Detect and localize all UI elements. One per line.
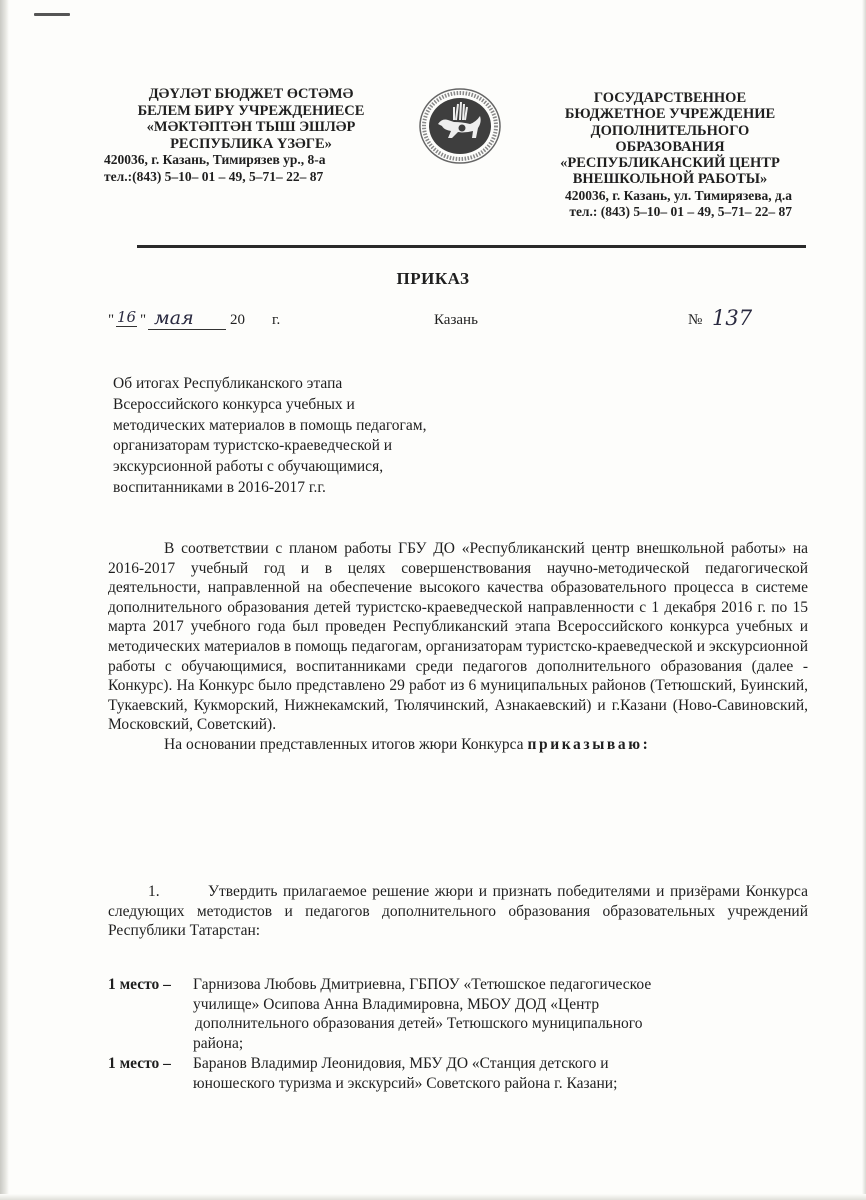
award-place: 1 место – — [108, 1054, 171, 1074]
org-name-tatar-line: «МӘКТӘПТӘН ТЫШ ЭШЛӘР — [104, 119, 394, 136]
order-intro-paragraph: На основании представленных итогов жюри … — [108, 735, 808, 755]
order-number: 137 — [712, 306, 752, 330]
order-subject: Об итогах Республиканского этапа Всеросс… — [113, 374, 533, 499]
header-divider — [137, 245, 806, 248]
body-paragraph: В соответствии с планом работы ГБУ ДО «Р… — [108, 539, 808, 735]
org-name-russian-line: ВНЕШКОЛЬНОЙ РАБОТЫ» — [520, 171, 820, 187]
awards-list: 1 место – Гарнизова Любовь Дмитриевна, Г… — [108, 975, 808, 1095]
org-name-russian-line: ОБРАЗОВАНИЯ — [520, 139, 820, 155]
subject-line: Всероссийского конкурса учебных и — [113, 395, 533, 416]
org-name-tatar-line: РЕСПУБЛИКА ҮЗӘГЕ» — [104, 136, 394, 153]
number-label: № — [688, 312, 702, 329]
letterhead-left: ДӘҮЛӘТ БЮДЖЕТ ӨСТӘМӘ БЕЛЕМ БИРҮ УЧРЕЖДЕН… — [104, 86, 394, 185]
award-entry: 1 место – Гарнизова Любовь Дмитриевна, Г… — [108, 975, 808, 1053]
item-text: Утвердить прилагаемое решение жюри и при… — [108, 883, 808, 939]
award-entry: 1 место – Баранов Владимир Леонидовия, М… — [108, 1054, 808, 1093]
scan-bottom-edge — [0, 1194, 866, 1200]
date-day: 16 — [116, 308, 137, 327]
address-russian: 420036, г. Казань, ул. Тимирязева, д.а — [520, 188, 820, 204]
date-month: мая — [148, 307, 226, 330]
address-tatar: 420036, г. Казань, Тимирязев ур., 8-а — [104, 152, 394, 169]
org-name-tatar-line: БЕЛЕМ БИРҮ УЧРЕЖДЕНИЕСЕ — [104, 103, 394, 120]
subject-line: Об итогах Республиканского этапа — [113, 374, 533, 395]
award-line: училище» Осипова Анна Владимировна, МБОУ… — [193, 995, 808, 1015]
scan-right-edge — [862, 0, 866, 1200]
letterhead-right: ГОСУДАРСТВЕННОЕ БЮДЖЕТНОЕ УЧРЕЖДЕНИЕ ДОП… — [520, 90, 820, 220]
subject-line: организаторам туристско-краеведческой и — [113, 436, 533, 457]
award-line: Гарнизова Любовь Дмитриевна, ГБПОУ «Тетю… — [193, 975, 808, 995]
phone-russian: тел.: (843) 5–10– 01 – 49, 5–71– 22– 87 — [520, 204, 820, 220]
subject-line: методических материалов в помощь педагог… — [113, 416, 533, 437]
order-intro: На основании представленных итогов жюри … — [164, 736, 524, 753]
subject-line: экскурсионной работы с обучающимися, — [113, 457, 533, 478]
phone-tatar: тел.:(843) 5–10– 01 – 49, 5–71– 22– 87 — [104, 169, 394, 186]
award-place: 1 место – — [108, 975, 171, 995]
org-name-russian-line: «РЕСПУБЛИКАНСКИЙ ЦЕНТР — [520, 155, 820, 171]
order-body: В соответствии с планом работы ГБУ ДО «Р… — [108, 539, 808, 755]
document-title: ПРИКАЗ — [0, 269, 866, 289]
award-line: дополнительного образования детей» Тетюш… — [193, 1014, 808, 1034]
org-name-russian-line: БЮДЖЕТНОЕ УЧРЕЖДЕНИЕ — [520, 106, 820, 122]
date-close-quote: " — [140, 312, 146, 329]
order-word: приказываю: — [527, 736, 650, 753]
city: Казань — [434, 312, 478, 329]
date-year: 20 — [230, 312, 245, 329]
item-number: 1. — [108, 882, 208, 902]
subject-line: воспитанниками в 2016-2017 г.г. — [113, 478, 533, 499]
tatarstan-coat-of-arms-icon — [416, 86, 504, 172]
date-year-suffix: г. — [272, 312, 280, 329]
scan-mark — [34, 13, 70, 16]
org-name-tatar-line: ДӘҮЛӘТ БЮДЖЕТ ӨСТӘМӘ — [104, 86, 394, 103]
scan-left-edge — [0, 0, 9, 1200]
org-name-russian-line: ГОСУДАРСТВЕННОЕ — [520, 90, 820, 106]
award-line: юношеского туризма и экскурсий» Советско… — [193, 1074, 808, 1094]
date-line: " 16 " мая 20 г. Казань № 137 — [108, 312, 808, 336]
award-line: Баранов Владимир Леонидовия, МБУ ДО «Ста… — [193, 1054, 808, 1074]
order-item: 1.Утвердить прилагаемое решение жюри и п… — [108, 882, 808, 941]
org-name-russian-line: ДОПОЛНИТЕЛЬНОГО — [520, 123, 820, 139]
date-open-quote: " — [108, 312, 114, 329]
award-line: района; — [193, 1034, 808, 1054]
